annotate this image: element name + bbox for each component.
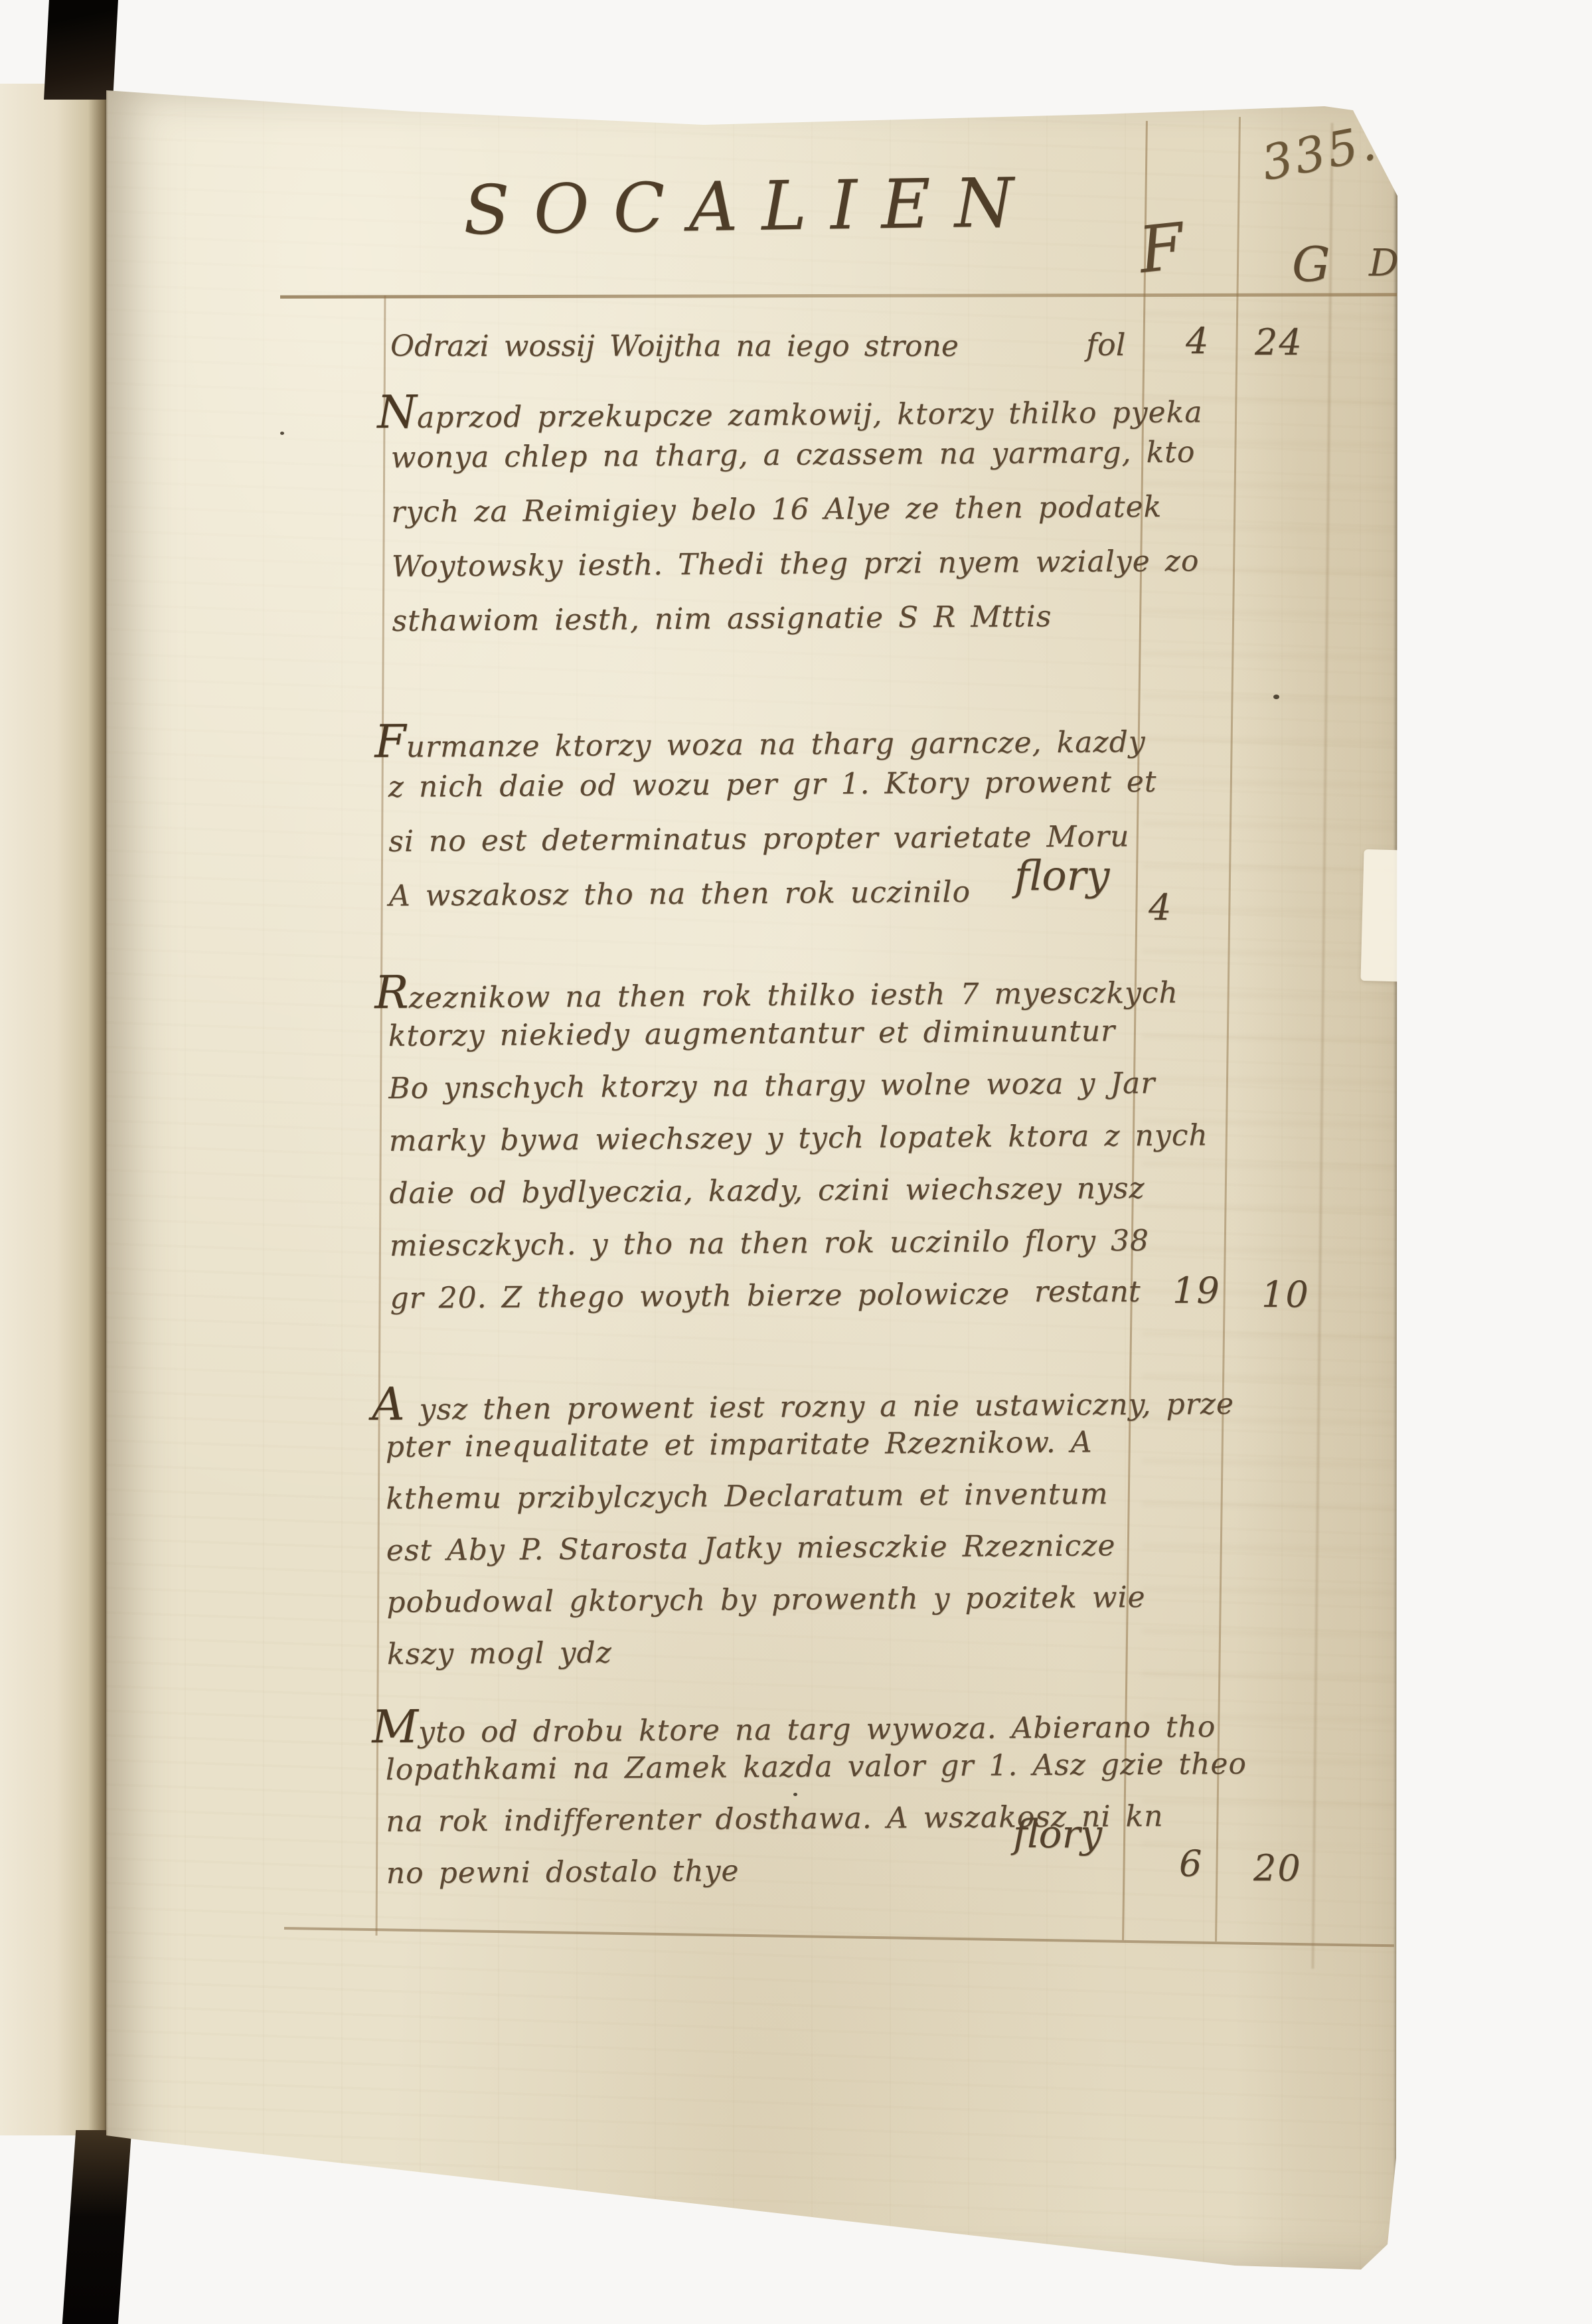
entry-3-value-f: 4	[1149, 886, 1172, 928]
left-margin-rule	[376, 295, 386, 1936]
entry-6-value-g: 20	[1253, 1847, 1302, 1889]
manuscript-line: Naprzod przekupcze zamkowij, ktorzy thil…	[390, 380, 1203, 441]
manuscript-line: no pewni dostalo thye	[386, 1851, 1248, 1908]
manuscript-page: 335. SOCALIEN F G D Odrazi wossij Woijth…	[106, 86, 1397, 2278]
manuscript-line: miesczkych. y tho na then rok uczinilo f…	[390, 1223, 1209, 1282]
column-header-d: D	[1369, 242, 1399, 285]
entry-6-value-f: 6	[1179, 1843, 1203, 1884]
manuscript-line: pobudowal gktorych by prowenth y pozitek…	[386, 1580, 1235, 1637]
manuscript-line: ktorzy niekiedy augmentantur et diminuun…	[388, 1013, 1208, 1072]
entry-3-paragraph: Furmanze ktorzy woza na tharg garncze, k…	[388, 710, 1158, 934]
page-title: SOCALIEN	[463, 163, 1038, 250]
manuscript-line: sthawiom iesth, nim assignatie S R Mttis	[392, 598, 1204, 659]
bookmark-ribbon-bottom	[62, 2130, 131, 2324]
manuscript-line: wonya chlep na tharg, a czassem na yarma…	[391, 435, 1204, 495]
manuscript-line: kthemu przibylczych Declaratum et invent…	[386, 1476, 1235, 1534]
entry-4-value-f: 19	[1172, 1270, 1221, 1311]
manuscript-line: na rok indifferenter dosthawa. A wszakos…	[386, 1799, 1247, 1857]
entry-1-text: Odrazi wossij Woijtha na iego strone	[390, 329, 959, 363]
manuscript-line: Myto od drobu ktore na targ wywoza. Abie…	[385, 1695, 1247, 1753]
manuscript-line: Furmanze ktorzy woza na tharg garncze, k…	[388, 710, 1156, 770]
manuscript-line: daie od bydlyeczia, kazdy, czini wiechsz…	[389, 1171, 1208, 1229]
manuscript-line: Woytowsky iesth. Thedi theg przi nyem wz…	[392, 544, 1204, 604]
repair-patch	[1360, 849, 1418, 982]
ink-speck	[1273, 695, 1279, 699]
entry-1-value-g: 24	[1255, 321, 1303, 363]
scan-background: 335. SOCALIEN F G D Odrazi wossij Woijth…	[0, 0, 1592, 2324]
manuscript-line: est Aby P. Starosta Jatky miesczkie Rzez…	[386, 1528, 1235, 1586]
entry-4-unit-label: restant	[1034, 1275, 1141, 1309]
manuscript-line: z nich daie od wozu per gr 1. Ktory prow…	[388, 765, 1157, 825]
entry-1-unit-label: fol	[1086, 327, 1125, 363]
column-header-g: G	[1292, 236, 1330, 292]
entry-6-paragraph: Myto od drobu ktore na targ wywoza. Abie…	[385, 1695, 1247, 1908]
entry-6-unit-label: flory	[1013, 1811, 1102, 1857]
ink-speck	[280, 432, 284, 435]
manuscript-line: marky bywa wiechszey y tych lopatek ktor…	[389, 1118, 1208, 1177]
column-header-f: F	[1135, 209, 1187, 288]
manuscript-line: kszy mogl ydz	[387, 1631, 1236, 1689]
manuscript-line: A ysz then prowent iest rozny a nie usta…	[385, 1372, 1234, 1430]
entry-1-value-f: 4	[1186, 320, 1210, 362]
manuscript-line: lopathkami na Zamek kazda valor gr 1. As…	[386, 1747, 1247, 1805]
manuscript-line: Rzeznikow na then rok thilko iesth 7 mye…	[388, 961, 1207, 1019]
table-bottom-rule	[284, 1927, 1394, 1947]
manuscript-line: Bo ynschych ktorzy na thargy wolne woza …	[388, 1066, 1208, 1124]
entry-3-unit-label: flory	[1014, 851, 1109, 900]
entry-4-value-g: 10	[1261, 1274, 1310, 1315]
bookmark-ribbon-top	[44, 0, 118, 100]
facing-page-edge	[0, 84, 113, 2135]
entry-5-paragraph: A ysz then prowent iest rozny a nie usta…	[385, 1372, 1236, 1689]
manuscript-line: pter inequalitate et imparitate Rzezniko…	[386, 1424, 1235, 1482]
entry-2-paragraph: Naprzod przekupcze zamkowij, ktorzy thil…	[390, 380, 1204, 659]
manuscript-line: rych za Reimigiey belo 16 Alye ze then p…	[391, 489, 1204, 550]
